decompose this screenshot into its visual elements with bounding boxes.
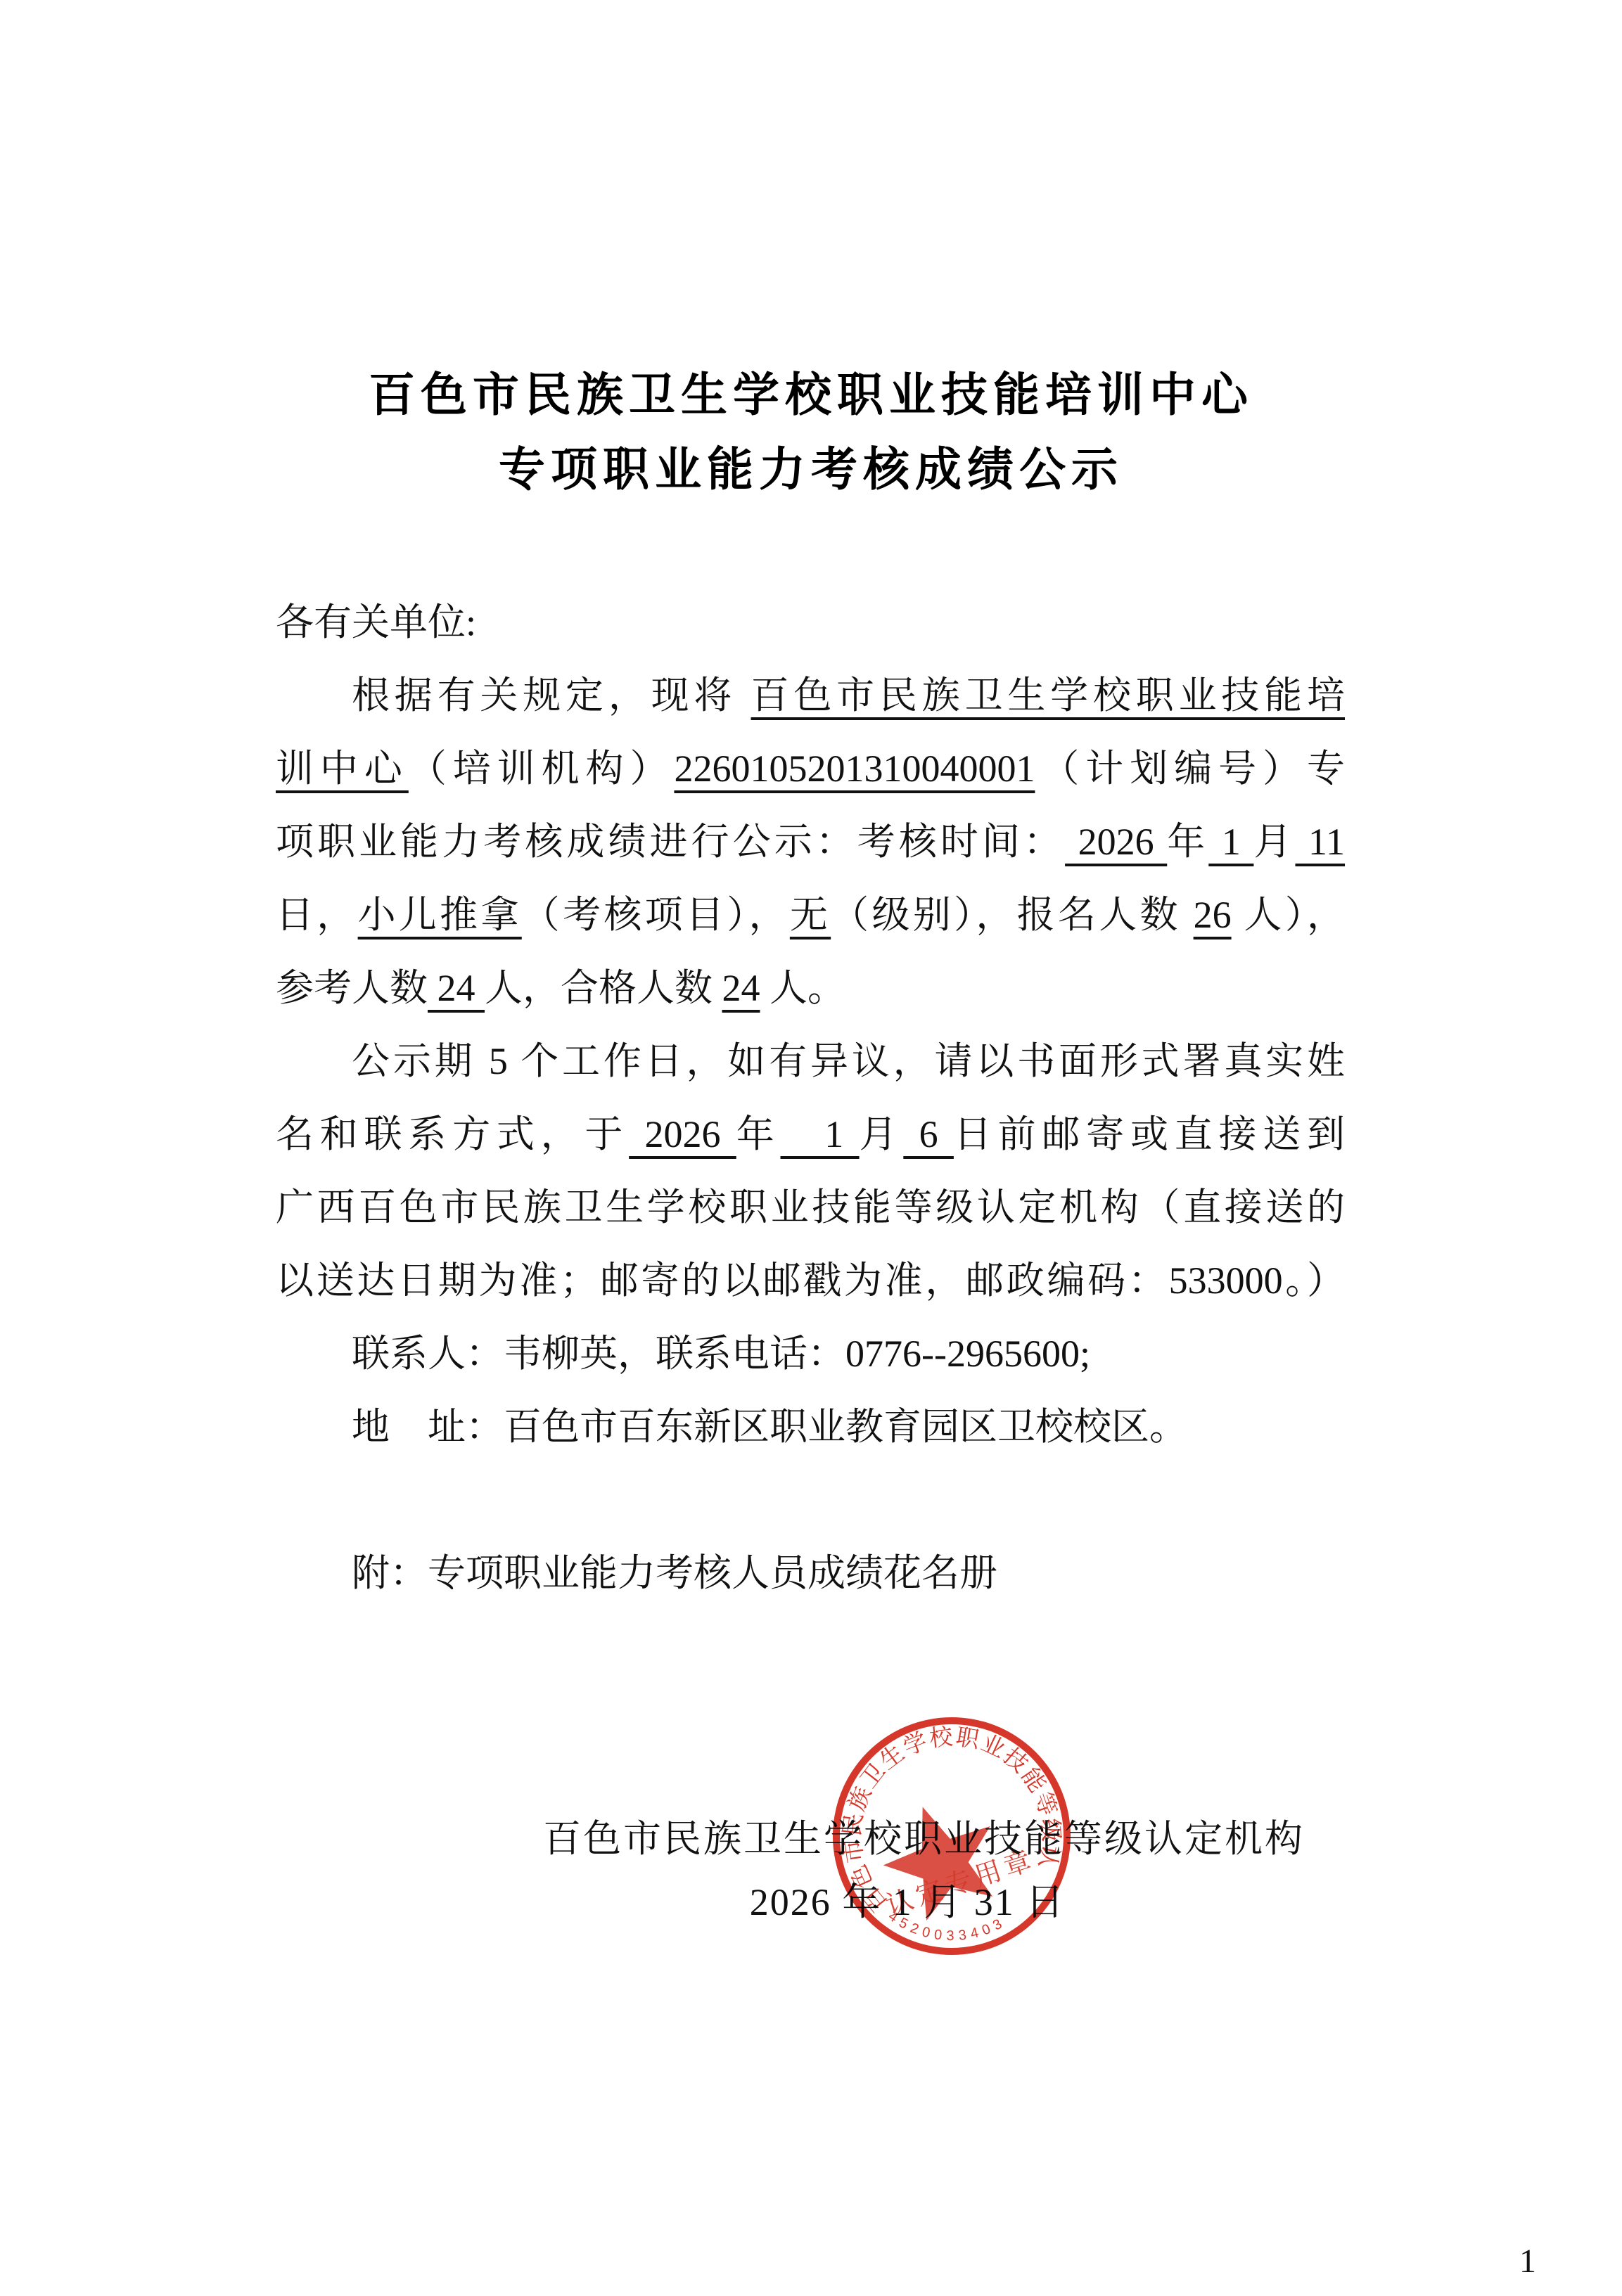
body-line: 公示期 5 个工作日，如有异议，请以书面形式署真实姓 <box>276 1025 1345 1098</box>
text-run: 人。 <box>760 967 846 1009</box>
page-number: 1 <box>1519 2243 1536 2280</box>
body-line: 联系人：韦柳英，联系电话：0776--2965600; <box>276 1317 1345 1390</box>
text-run: 月 <box>1253 821 1295 863</box>
text-run: （级别），报名人数 <box>831 894 1193 936</box>
text-run: 人，合格人数 <box>485 967 722 1009</box>
body-line: 根据有关规定，现将 百色市民族卫生学校职业技能培 <box>276 659 1345 732</box>
body-line: 日，小儿推拿（考核项目），无（级别），报名人数 26 人）， <box>276 878 1345 951</box>
underlined-field: 6 <box>903 1113 954 1155</box>
body-line: 名和联系方式，于 2026 年 1 月 6 日前邮寄或直接送到 <box>276 1098 1345 1171</box>
body-line: 训中心（培训机构）2260105201310040001（计划编号）专 <box>276 732 1345 805</box>
text-run: 根据有关规定，现将 <box>352 674 751 717</box>
underlined-field: 小儿推拿 <box>358 894 522 936</box>
text-run: 各有关单位: <box>276 601 476 643</box>
text-run: 年 <box>1167 821 1208 863</box>
underlined-field: 2026 <box>1065 821 1167 863</box>
document-page: 百色市民族卫生学校职业技能培训中心 专项职业能力考核成绩公示 各有关单位:根据有… <box>0 0 1622 2296</box>
body-line: 地 址：百色市百东新区职业教育园区卫校校区。 <box>276 1390 1345 1463</box>
text-run: 广西百色市民族卫生学校职业技能等级认定机构（直接送的 <box>276 1186 1345 1229</box>
body-line: 以送达日期为准；邮寄的以邮戳为准，邮政编码：533000。） <box>276 1244 1345 1317</box>
text-run: 年 <box>736 1113 781 1155</box>
body-line: 广西百色市民族卫生学校职业技能等级认定机构（直接送的 <box>276 1171 1345 1244</box>
body-line <box>276 1463 1345 1537</box>
text-run: 名和联系方式，于 <box>276 1113 629 1155</box>
body-line: 附：专项职业能力考核人员成绩花名册 <box>276 1537 1345 1610</box>
underlined-field: 24 <box>722 967 760 1009</box>
signature-date: 2026 年 1 月 31 日 <box>750 1880 1066 1925</box>
text-run: 地 址：百色市百东新区职业教育园区卫校校区。 <box>352 1406 1187 1448</box>
text-run: 公示期 5 个工作日，如有异议，请以书面形式署真实姓 <box>352 1040 1345 1082</box>
title-line-1: 百色市民族卫生学校职业技能培训中心 <box>0 357 1622 432</box>
text-run: 附：专项职业能力考核人员成绩花名册 <box>352 1552 997 1594</box>
underlined-field: 2260105201310040001 <box>674 748 1035 790</box>
text-run: 联系人：韦柳英，联系电话：0776--2965600; <box>352 1333 1090 1375</box>
title-line-2: 专项职业能力考核成绩公示 <box>0 432 1622 506</box>
text-run: 日前邮寄或直接送到 <box>954 1113 1345 1155</box>
text-run: 参考人数 <box>276 967 428 1009</box>
underlined-field: 1 <box>781 1113 860 1155</box>
text-run: 项职业能力考核成绩进行公示：考核时间： <box>276 821 1065 863</box>
document-title: 百色市民族卫生学校职业技能培训中心 专项职业能力考核成绩公示 <box>0 357 1622 506</box>
underlined-field: 训中心 <box>276 748 409 790</box>
underlined-field: 24 <box>428 967 485 1009</box>
body-line: 参考人数 24 人，合格人数 24 人。 <box>276 951 1345 1025</box>
text-run: 以送达日期为准；邮寄的以邮戳为准，邮政编码：533000。） <box>276 1259 1345 1302</box>
text-run: 月 <box>860 1113 904 1155</box>
underlined-field: 2026 <box>629 1113 736 1155</box>
document-body: 各有关单位:根据有关规定，现将 百色市民族卫生学校职业技能培训中心（培训机构）2… <box>276 586 1345 1610</box>
text-run: （培训机构） <box>409 748 675 790</box>
signature-org: 百色市民族卫生学校职业技能等级认定机构 <box>543 1816 1305 1861</box>
text-run: 人）， <box>1232 894 1345 936</box>
body-line: 项职业能力考核成绩进行公示：考核时间： 2026 年 1 月 11 <box>276 805 1345 878</box>
body-line: 各有关单位: <box>276 586 1345 659</box>
text-run: （考核项目）， <box>522 894 790 936</box>
underlined-field: 11 <box>1295 821 1345 863</box>
underlined-field: 1 <box>1208 821 1253 863</box>
underlined-field: 百色市民族卫生学校职业技能培 <box>751 674 1345 717</box>
text-run: （计划编号）专 <box>1035 748 1345 790</box>
text-run: 日， <box>276 894 358 936</box>
underlined-field: 26 <box>1194 894 1232 936</box>
underlined-field: 无 <box>790 894 831 936</box>
